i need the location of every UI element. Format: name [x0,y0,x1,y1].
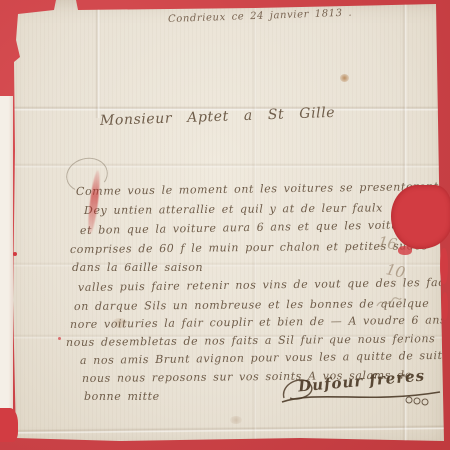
handwritten-line: Comme vous le moment ont les voitures se… [76,179,450,198]
red-corner-blob [0,408,18,442]
fold-crease-vertical [95,0,100,118]
wax-seal-hole [391,185,450,249]
fold-crease-horizontal [0,262,450,267]
handwritten-line: Dey untien atterallie et quil y at de le… [84,201,383,217]
backing-edge-strip [0,96,13,412]
letter-dateline: Condrieux ce 24 janvier 1813 . [168,8,353,25]
pencil-mark: 10 [384,260,406,282]
signature-flourish [278,368,448,416]
red-fleck [13,252,17,256]
handwritten-line: et bon que la voiture aura 6 ans et que … [80,218,418,237]
letter-paper: Condrieux ce 24 janvier 1813 . Monsieur … [0,0,450,450]
red-edge-streak [440,248,448,284]
handwritten-line: bonne mitte [84,390,160,403]
fold-crease-horizontal [0,163,450,168]
pencil-squiggle [376,294,402,312]
pencil-mark: 16 [377,233,399,254]
fold-crease-horizontal [0,425,450,435]
handwritten-line: a nos amis Brunt avignon pour vous les a… [80,349,450,367]
ink-stain [340,74,349,82]
photo-background: Condrieux ce 24 janvier 1813 . Monsieur … [0,0,450,450]
red-wax-fleck [398,246,412,255]
handwritten-line: nore voituries la fair couplir et bien d… [70,313,446,331]
handwritten-line: comprises de 60 f le muin pour chalon et… [70,239,428,256]
handwritten-line: dans la 6aille saison [72,261,203,274]
handwritten-line: nous desembletas de nos faits a Sil fuir… [66,332,436,349]
red-edge-streak [442,292,448,320]
paper-stain [230,416,242,424]
red-fleck [58,337,61,340]
